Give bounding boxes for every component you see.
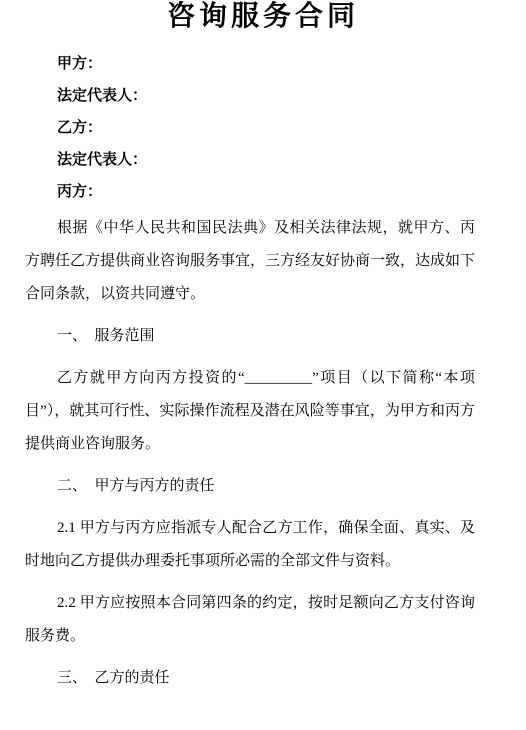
party-b-label: 乙方： — [25, 112, 475, 144]
clause-2-2: 2.2 甲方应按照本合同第四条的约定，按时足额向乙方支付咨询服务费。 — [25, 587, 475, 653]
parties-block: 甲方： 法定代表人： 乙方： 法定代表人： 丙方： — [25, 48, 475, 208]
section-1-heading: 一、 服务范围 — [25, 320, 475, 353]
document-title: 咨询服务合同 — [25, 0, 501, 34]
party-c-label: 丙方： — [25, 176, 475, 208]
party-a-legal-representative-label: 法定代表人： — [25, 80, 475, 112]
party-b-legal-representative-label: 法定代表人： — [25, 144, 475, 176]
preamble-paragraph: 根据《中华人民共和国民法典》及相关法律法规，就甲方、丙方聘任乙方提供商业咨询服务… — [25, 212, 475, 311]
section-3-heading: 三、 乙方的责任 — [25, 662, 475, 695]
clause-2-1: 2.1 甲方与丙方应指派专人配合乙方工作，确保全面、真实、及时地向乙方提供办理委… — [25, 512, 475, 578]
section-2-heading: 二、 甲方与丙方的责任 — [25, 470, 475, 503]
section-1-clause: 乙方就甲方向丙方投资的“_________”项目（以下简称“本项目”），就其可行… — [25, 362, 475, 461]
contract-document-page: 咨询服务合同 甲方： 法定代表人： 乙方： 法定代表人： 丙方： 根据《中华人民… — [0, 0, 526, 730]
party-a-label: 甲方： — [25, 48, 475, 80]
